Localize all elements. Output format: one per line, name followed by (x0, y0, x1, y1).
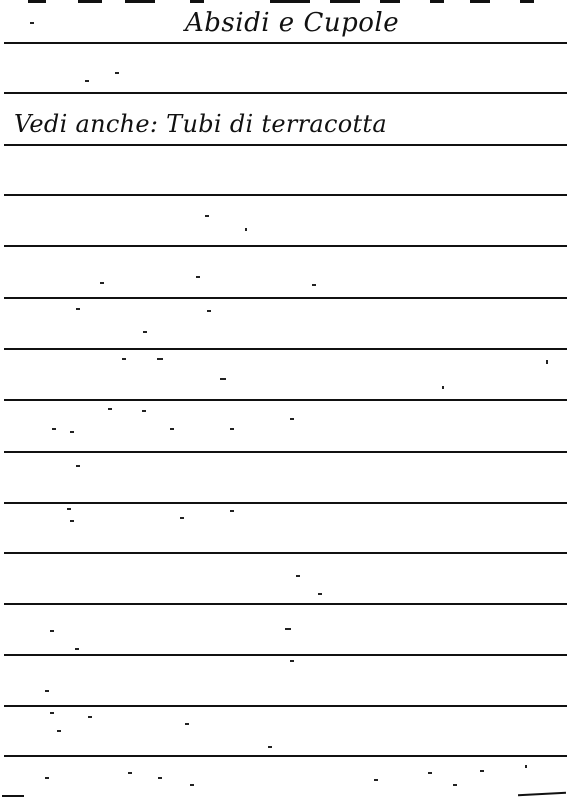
ruled-line (4, 92, 567, 94)
ruled-line (4, 705, 567, 707)
ruled-line (4, 194, 567, 196)
ruled-line (4, 451, 567, 453)
bottom-edge-mark (518, 792, 566, 797)
ruled-line (4, 399, 567, 401)
ruled-line (4, 348, 567, 350)
index-card: Absidi e Cupole Vedi anche: Tubi di terr… (0, 0, 571, 800)
card-title: Absidi e Cupole (185, 8, 399, 38)
see-also-note: Vedi anche: Tubi di terracotta (14, 110, 387, 138)
ruled-line (4, 245, 567, 247)
ruled-line (4, 654, 567, 656)
ruled-line (4, 502, 567, 504)
ruled-line (4, 42, 567, 44)
ruled-line (4, 603, 567, 605)
bottom-edge-mark (2, 795, 24, 797)
ruled-line (4, 755, 567, 757)
top-edge-marks (0, 0, 571, 3)
ruled-line (4, 144, 567, 146)
ruled-line (4, 552, 567, 554)
ruled-line (4, 297, 567, 299)
